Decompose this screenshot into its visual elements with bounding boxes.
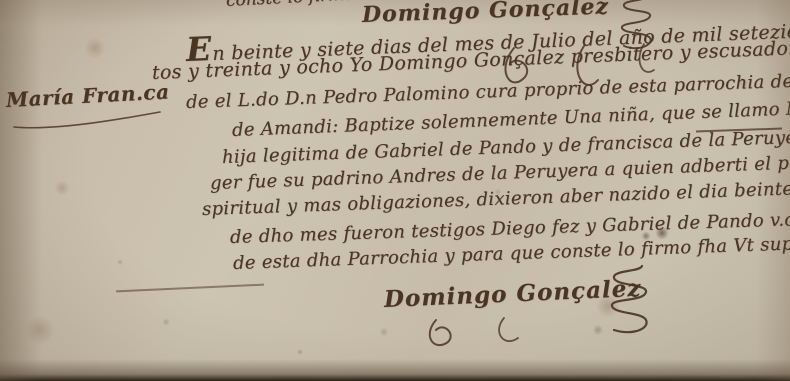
- paper-crease: [116, 284, 264, 292]
- margin-underline-swash-icon: [12, 110, 162, 130]
- signature-rubric-icon: [600, 262, 654, 334]
- signature-descender-flourish-icon: [420, 314, 550, 356]
- previous-entry-closing-fragment: conste lo firmo: [225, 0, 354, 11]
- manuscript-page: conste lo firmo Domingo Gonçalez María F…: [0, 0, 790, 381]
- margin-child-name: María Fran.ca: [5, 79, 170, 112]
